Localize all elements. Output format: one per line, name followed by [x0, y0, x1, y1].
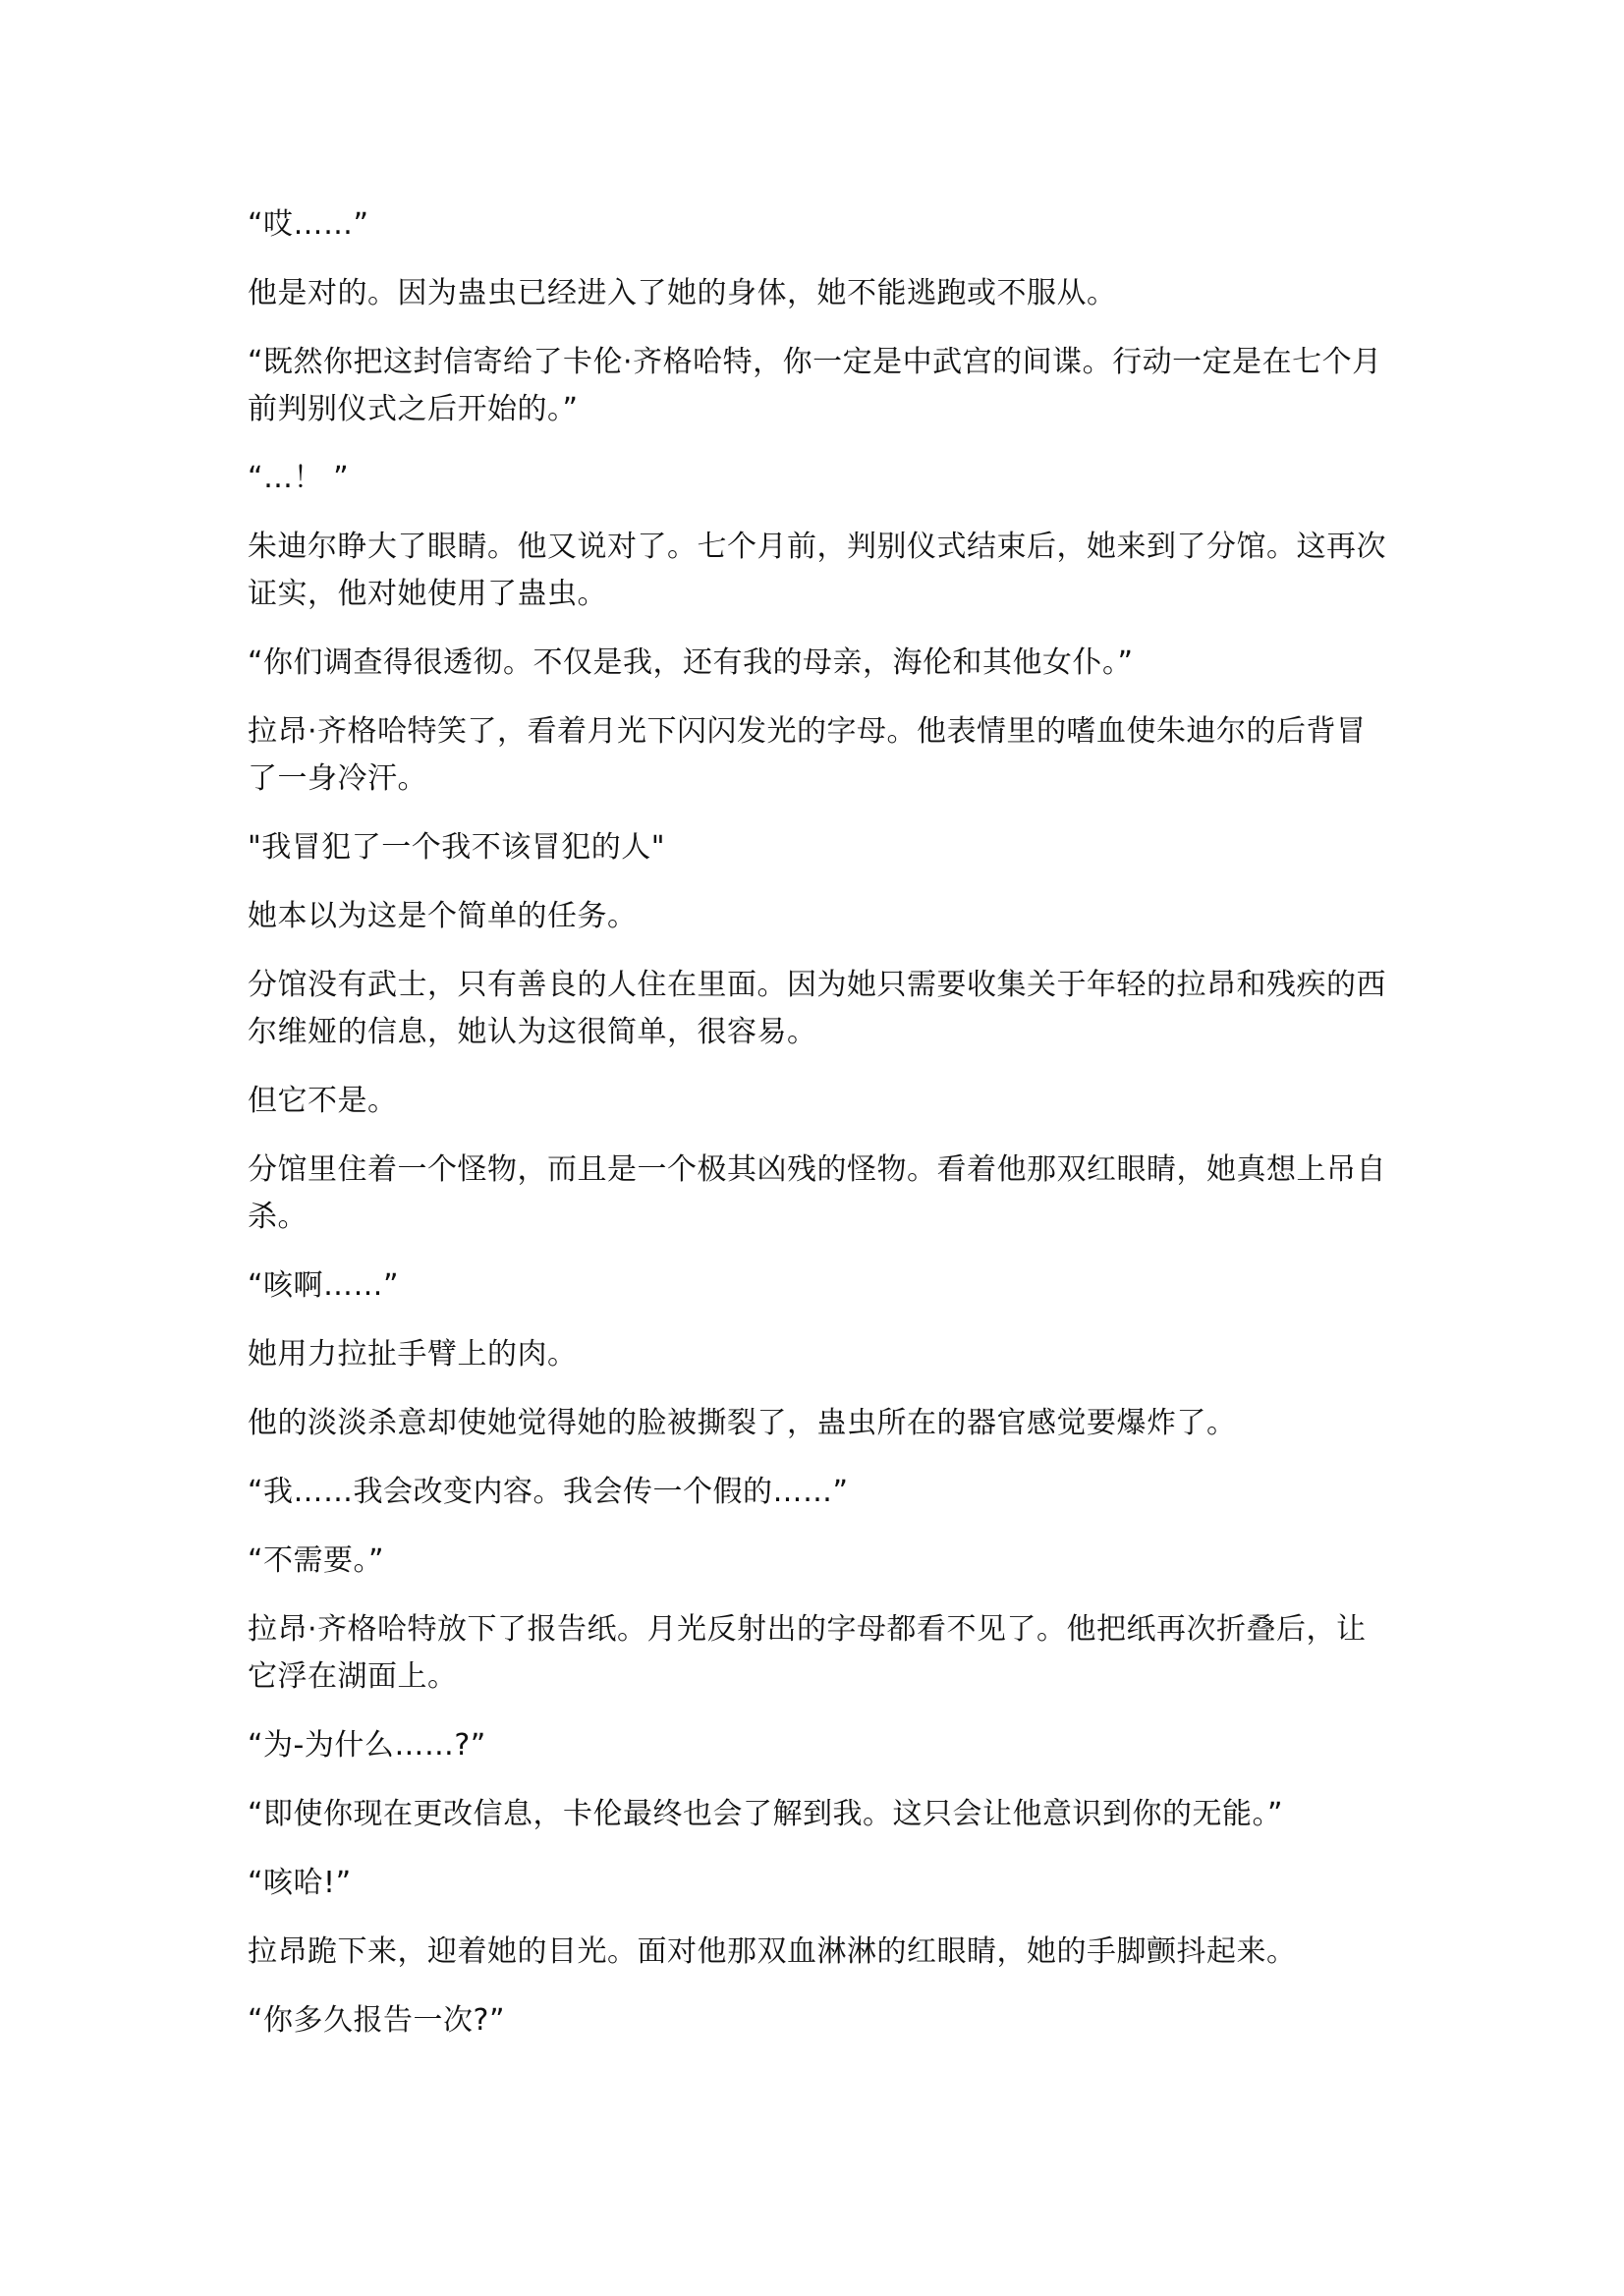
paragraph: “…！ ”: [248, 455, 1387, 502]
paragraph: 分馆没有武士，只有善良的人住在里面。因为她只需要收集关于年轻的拉昂和残疾的西尔维…: [248, 962, 1387, 1056]
paragraph: 他的淡淡杀意却使她觉得她的脸被撕裂了，蛊虫所在的器官感觉要爆炸了。: [248, 1400, 1387, 1447]
document-page: “哎……” 他是对的。因为蛊虫已经进入了她的身体，她不能逃跑或不服从。 “既然你…: [248, 201, 1387, 2066]
paragraph: “我……我会改变内容。我会传一个假的……”: [248, 1469, 1387, 1516]
paragraph: “既然你把这封信寄给了卡伦·齐格哈特，你一定是中武宫的间谍。行动一定是在七个月前…: [248, 339, 1387, 433]
paragraph: “咳哈!”: [248, 1860, 1387, 1907]
paragraph: “你多久报告一次?”: [248, 1997, 1387, 2044]
paragraph: “咳啊……”: [248, 1262, 1387, 1310]
paragraph: "我冒犯了一个我不该冒犯的人": [248, 824, 1387, 871]
paragraph: 拉昂·齐格哈特放下了报告纸。月光反射出的字母都看不见了。他把纸再次折叠后，让它浮…: [248, 1606, 1387, 1701]
paragraph: 朱迪尔睁大了眼睛。他又说对了。七个月前，判别仪式结束后，她来到了分馆。这再次证实…: [248, 524, 1387, 618]
paragraph: 他是对的。因为蛊虫已经进入了她的身体，她不能逃跑或不服从。: [248, 270, 1387, 317]
paragraph: “即使你现在更改信息，卡伦最终也会了解到我。这只会让他意识到你的无能。”: [248, 1791, 1387, 1838]
paragraph: “为-为什么……?”: [248, 1722, 1387, 1769]
paragraph: “你们调查得很透彻。不仅是我，还有我的母亲，海伦和其他女仆。”: [248, 640, 1387, 687]
paragraph: 分馆里住着一个怪物，而且是一个极其凶残的怪物。看着他那双红眼睛，她真想上吊自杀。: [248, 1147, 1387, 1241]
paragraph: 但它不是。: [248, 1078, 1387, 1125]
paragraph: 她本以为这是个简单的任务。: [248, 893, 1387, 940]
paragraph: 拉昂跪下来，迎着她的目光。面对他那双血淋淋的红眼睛，她的手脚颤抖起来。: [248, 1929, 1387, 1976]
paragraph: 她用力拉扯手臂上的肉。: [248, 1331, 1387, 1378]
paragraph: 拉昂·齐格哈特笑了，看着月光下闪闪发光的字母。他表情里的嗜血使朱迪尔的后背冒了一…: [248, 708, 1387, 803]
paragraph: “不需要。”: [248, 1538, 1387, 1585]
paragraph: “哎……”: [248, 201, 1387, 249]
